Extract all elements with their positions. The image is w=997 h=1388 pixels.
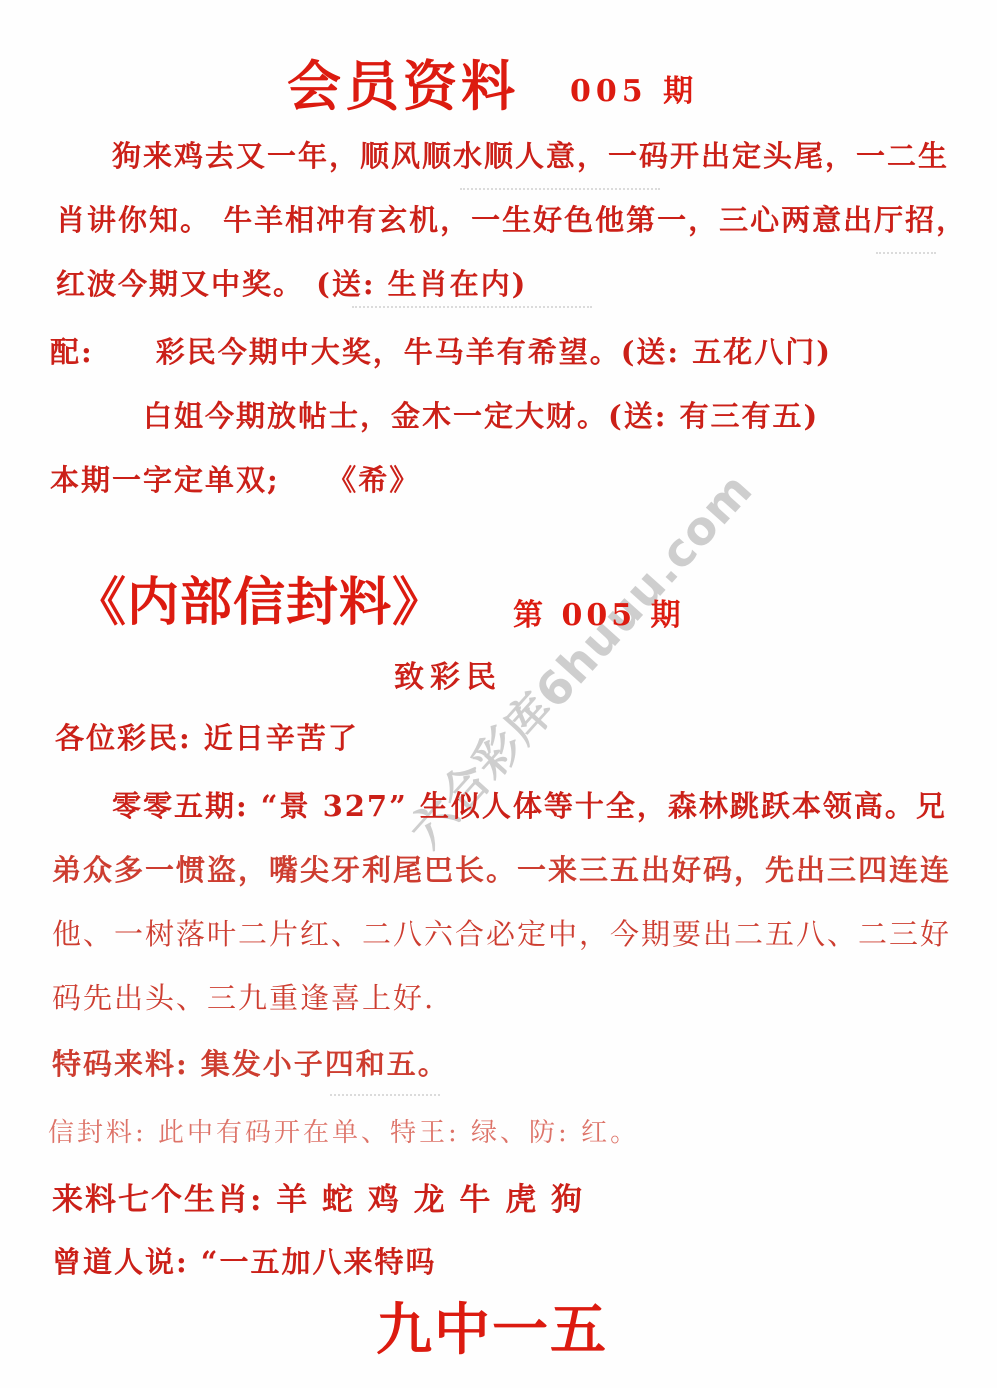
scan-artifact xyxy=(330,1094,440,1096)
letter-line: 零零五期: “景 327” 生似人体等十全，森林跳跃本领高。兄 xyxy=(112,784,947,825)
letter-line: 曾道人说: “一五加八来特吗 xyxy=(52,1240,436,1281)
letter-line: 弟众多一惯盗，嘴尖牙利尾巴长。一来三五出好码，先出三四连连 xyxy=(52,848,951,889)
envelope-section-heading: 《内部信封料》 xyxy=(74,560,445,635)
scanned-lottery-sheet: 六合彩库6huuu.com 会员资料 005 期 狗来鸡去又一年，顺风顺水顺人意… xyxy=(0,0,997,1388)
issue-number: 005 期 xyxy=(570,66,698,110)
page-title: 会员资料 xyxy=(287,44,519,121)
envelope-issue-number: 第 005 期 xyxy=(513,590,685,634)
scan-artifact xyxy=(352,306,592,308)
member-line: 肖讲你知。 牛羊相冲有玄机，一生好色他第一，三心两意出厅招， xyxy=(56,198,967,239)
scan-artifact xyxy=(460,188,660,190)
member-line: 狗来鸡去又一年，顺风顺水顺人意，一码开出定头尾，一二生 xyxy=(112,134,949,175)
member-line: 红波今期又中奖。 (送: 生肖在内) xyxy=(56,262,527,303)
salutation: 致彩民 xyxy=(394,652,502,696)
member-line: 白姐今期放帖士，金木一定大财。(送: 有三有五) xyxy=(143,394,819,435)
footer-prediction: 九中一五 xyxy=(376,1286,608,1366)
scan-artifact xyxy=(876,252,936,254)
letter-line: 特码来料: 集发小子四和五。 xyxy=(52,1042,449,1083)
greeting-line: 各位彩民: 近日辛苦了 xyxy=(55,716,359,757)
letter-line-faded: 信封料: 此中有码开在单、特王: 绿、防: 红。 xyxy=(48,1112,639,1149)
letter-line: 码先出头、三九重逢喜上好. xyxy=(52,976,435,1017)
letter-line: 他、一树落叶二片红、二八六合必定中，今期要出二五八、二三好 xyxy=(52,912,951,953)
member-line: 配: 彩民今期中大奖，牛马羊有希望。(送: 五花八门) xyxy=(50,330,832,371)
zodiac-line: 来料七个生肖: 羊 蛇 鸡 龙 牛 虎 狗 xyxy=(52,1174,584,1219)
member-line: 本期一字定单双; 《希》 xyxy=(50,458,420,499)
